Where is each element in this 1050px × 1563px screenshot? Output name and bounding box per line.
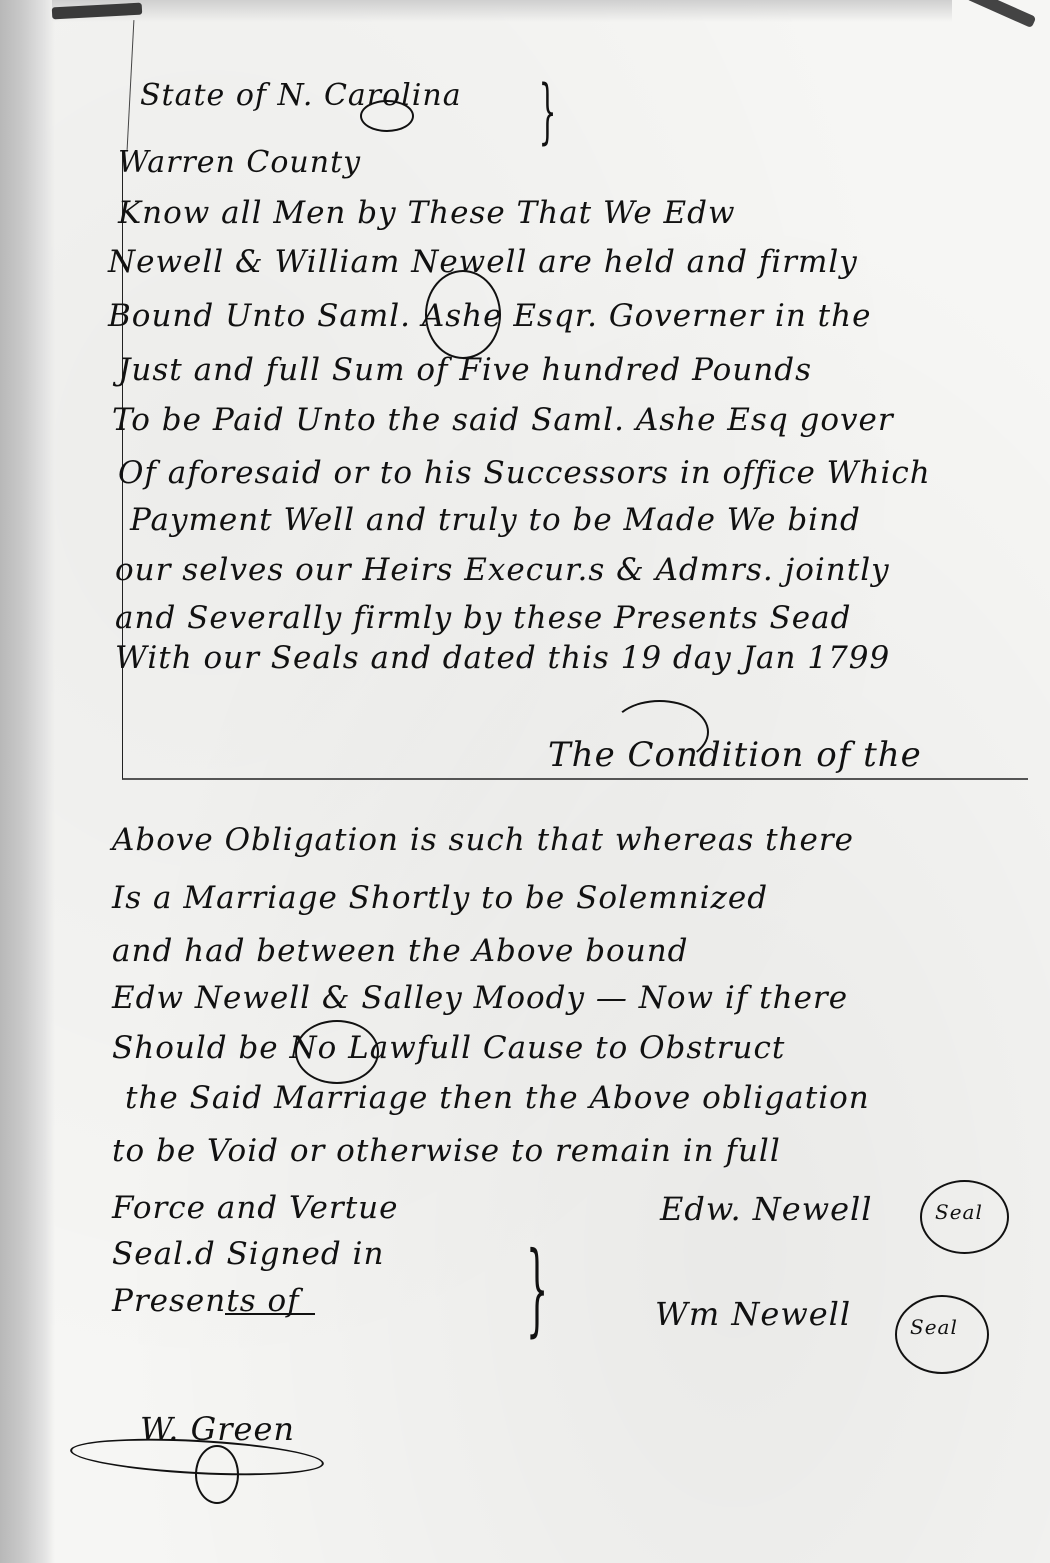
brace-icon: } — [539, 70, 557, 152]
condition-line-7: to be Void or otherwise to remain in ful… — [112, 1133, 781, 1169]
condition-line-3: and had between the Above bound — [112, 933, 689, 969]
bond-line-8: our selves our Heirs Execur.s & Admrs. j… — [115, 552, 890, 588]
bond-line-2: Newell & William Newell are held and fir… — [108, 244, 858, 280]
signature-edw-newell: Edw. Newell — [660, 1190, 873, 1228]
bond-line-9: and Severally firmly by these Presents S… — [115, 600, 851, 636]
condition-line-1: Above Obligation is such that whereas th… — [112, 822, 854, 858]
condition-line-2: Is a Marriage Shortly to be Solemnized — [112, 880, 768, 916]
condition-line-5: Should be No Lawfull Cause to Obstruct — [112, 1030, 785, 1066]
page-top-edge — [52, 0, 952, 22]
seal-label-1: Seal — [935, 1200, 983, 1224]
flourish-samuel — [425, 270, 501, 359]
bond-line-6: Of aforesaid or to his Successors in off… — [118, 455, 931, 491]
page-edge-shadow — [0, 0, 55, 1563]
seal-label-2: Seal — [910, 1315, 958, 1339]
condition-line-6: the Said Marriage then the Above obligat… — [125, 1080, 870, 1116]
bond-line-7: Payment Well and truly to be Made We bin… — [130, 502, 861, 538]
condition-line-8: Force and Vertue — [112, 1190, 398, 1226]
flourish-condition — [610, 700, 709, 764]
heading-state: State of N. Carolina — [140, 78, 462, 113]
flourish-lawful — [295, 1020, 379, 1084]
binding-tab-right — [966, 0, 1037, 28]
bond-line-10: With our Seals and dated this 19 day Jan… — [115, 640, 890, 676]
flourish-c — [360, 100, 414, 132]
signature-wm-newell: Wm Newell — [655, 1295, 851, 1333]
attestation-line-1: Seal.d Signed in — [112, 1236, 384, 1272]
witness-flourish-small-loop — [195, 1445, 239, 1504]
condition-line-4: Edw Newell & Salley Moody — Now if there — [112, 980, 848, 1016]
bond-line-1: Know all Men by These That We Edw — [118, 195, 736, 231]
heading-county: Warren County — [118, 145, 361, 180]
brace-icon: } — [526, 1230, 549, 1347]
bond-line-4: Just and full Sum of Five hundred Pounds — [118, 352, 812, 388]
bond-line-5: To be Paid Unto the said Saml. Ashe Esq … — [112, 402, 894, 438]
margin-rule — [127, 20, 135, 150]
witness-rule — [225, 1313, 315, 1315]
scanned-document-page: State of N. Carolina Warren County } Kno… — [0, 0, 1050, 1563]
condition-heading: The Condition of the — [548, 735, 922, 775]
